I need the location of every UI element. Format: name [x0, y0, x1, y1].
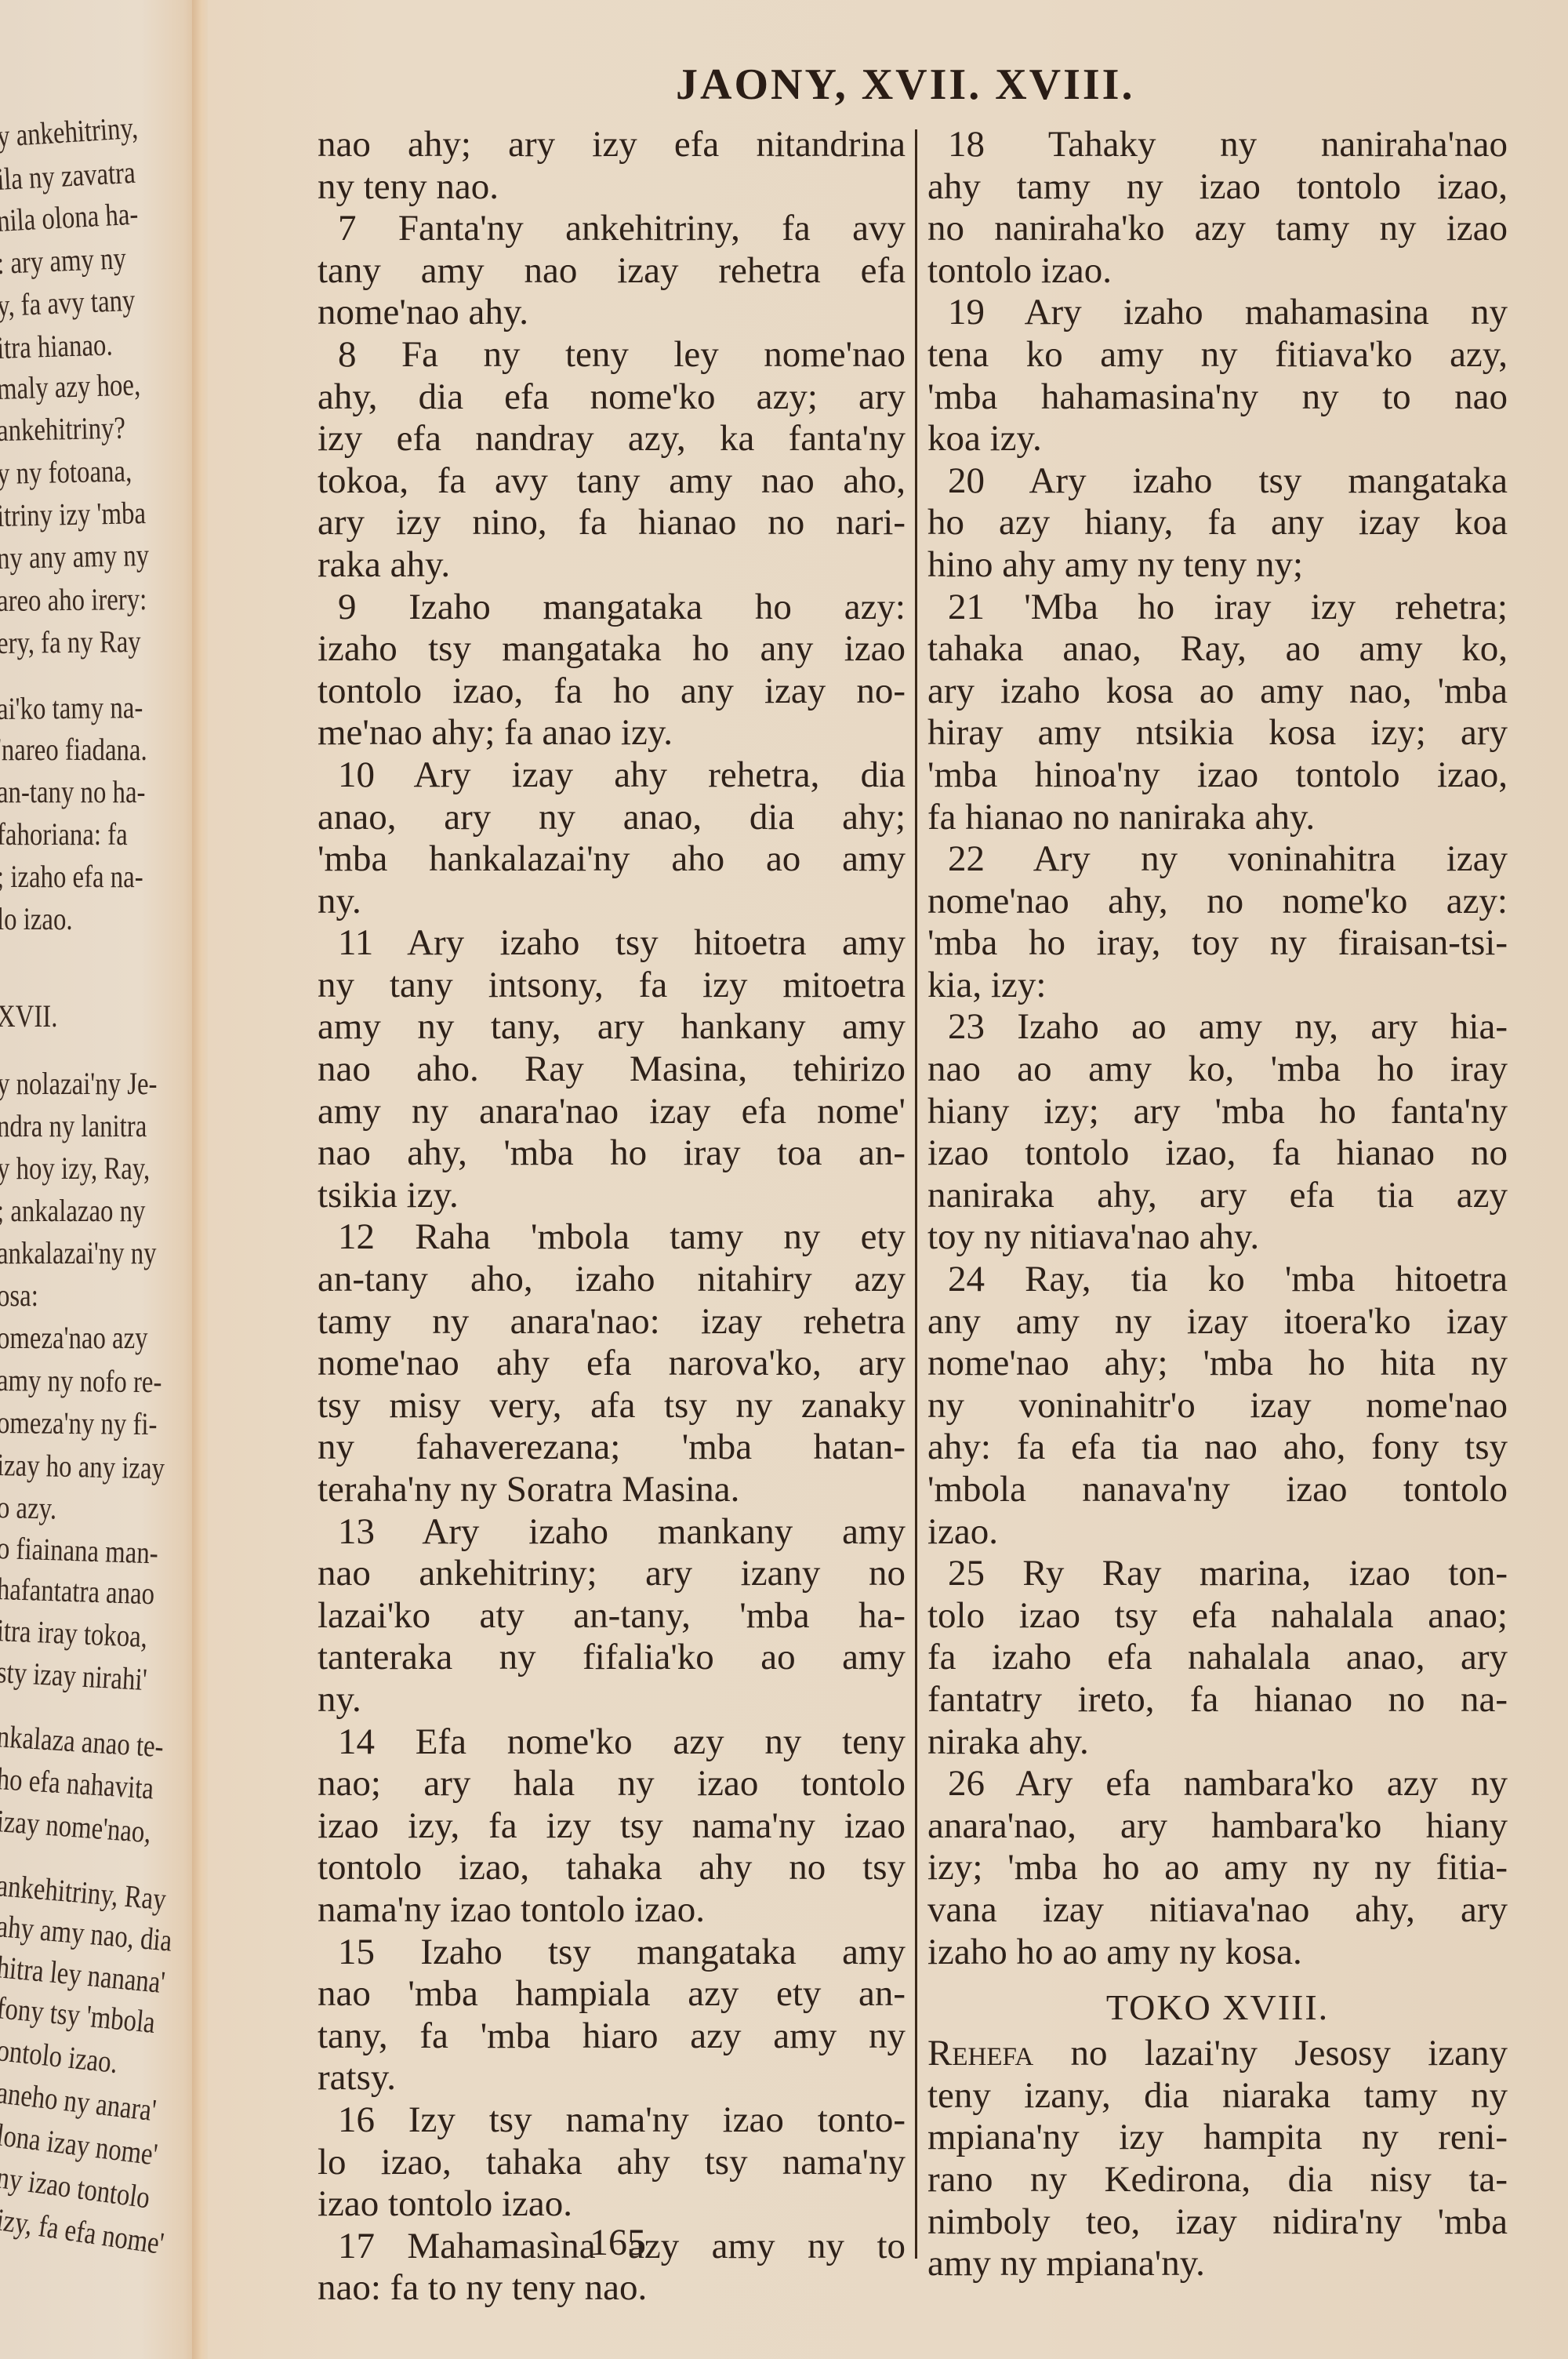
text-line: 25 Ry Ray marina, izao ton- [927, 1553, 1508, 1595]
text-line: ny tany intsony, fa izy mitoetra [318, 965, 906, 1007]
right-column: 18 Tahaky ny naniraha'naoahy tamy ny iza… [927, 124, 1508, 2285]
text-line: izao. [927, 1511, 1508, 1554]
text-line: anara'nao, ary hambara'ko hiany [927, 1805, 1508, 1848]
summary-line: teny izany, dia niaraka tamy ny [927, 2075, 1508, 2117]
text-line: 18 Tahaky ny naniraha'nao [927, 124, 1508, 166]
text-line: kia, izy: [927, 965, 1508, 1007]
text-line: 'mba ho iray, toy ny firaisan-tsi- [927, 922, 1508, 965]
column-divider [915, 129, 917, 2259]
text-line: nao aho. Ray Masina, tehirizo [318, 1049, 906, 1091]
text-line: 'mba hahamasina'ny ny to nao [927, 376, 1508, 419]
running-head: JAONY, XVII. XVIII. [676, 60, 1134, 110]
text-line: naniraka ahy, ary efa tia azy [927, 1175, 1508, 1217]
text-line: nama'ny izao tontolo izao. [318, 1889, 906, 1932]
text-line: 'mba hankalazai'ny aho ao amy [318, 838, 906, 881]
text-line: fa hianao no naniraka ahy. [927, 797, 1508, 839]
left-column: nao ahy; ary izy efa nitandrinany teny n… [318, 124, 906, 2310]
text-line: izao tontolo izao, fa hianao no [927, 1132, 1508, 1175]
text-line: 'mbola nanava'ny izao tontolo [927, 1469, 1508, 1511]
prev-page-line: amy ny nofo re- [0, 1361, 162, 1400]
prev-page-line: fahoriana: fa [0, 816, 128, 852]
prev-page-line: hafantatra anao [0, 1570, 155, 1612]
summary-line: rano ny Kedirona, dia nisy ta- [927, 2159, 1508, 2201]
text-line: tany amy nao izay rehetra efa [318, 250, 906, 293]
prev-page-line: lo izao. [0, 900, 73, 937]
text-line: tontolo izao. [927, 250, 1508, 293]
text-line: fa izaho efa nahalala anao, ary [927, 1637, 1508, 1679]
text-line: 13 Ary izaho mankany amy [318, 1511, 906, 1554]
verses-chapter-17: 18 Tahaky ny naniraha'naoahy tamy ny iza… [927, 124, 1508, 1973]
text-line: nao: fa to ny teny nao. [318, 2267, 906, 2310]
text-line: vana izay nitiava'nao ahy, ary [927, 1889, 1508, 1932]
text-line: 23 Izaho ao amy ny, ary hia- [927, 1006, 1508, 1049]
text-line: tontolo izao, tahaka ahy no tsy [318, 1847, 906, 1889]
text-line: tahaka anao, Ray, ao amy ko, [927, 628, 1508, 671]
text-line: toy ny nitiava'nao ahy. [927, 1216, 1508, 1259]
text-line: ahy, dia efa nome'ko azy; ary [318, 376, 906, 419]
text-line: 16 Izy tsy nama'ny izao tonto- [318, 2099, 906, 2142]
text-line: ratsy. [318, 2057, 906, 2099]
text-line: raka ahy. [318, 544, 906, 587]
prev-page-line: ankehitriny? [0, 409, 125, 449]
text-line: izy; 'mba ho ao amy ny ny fitia- [927, 1847, 1508, 1889]
prev-page-line: ho efa nahavita [0, 1760, 154, 1806]
text-line: nao ao amy ko, 'mba ho iray [927, 1049, 1508, 1091]
text-line: 7 Fanta'ny ankehitriny, fa avy [318, 208, 906, 250]
text-line: nao ahy, 'mba ho iray toa an- [318, 1132, 906, 1175]
summary-line: nimboly teo, izay nidira'ny 'mba [927, 2201, 1508, 2244]
text-line: ahy tamy ny izao tontolo izao, [927, 166, 1508, 209]
text-line: amy ny tany, ary hankany amy [318, 1006, 906, 1049]
text-line: izaho ho ao amy ny kosa. [927, 1932, 1508, 1974]
text-line: ny teny nao. [318, 166, 906, 209]
summary-line: mpiana'ny izy hampita ny reni- [927, 2117, 1508, 2159]
prev-page-line: ; ankalazao ny [0, 1192, 145, 1229]
book-gutter [192, 0, 209, 2359]
text-line: tolo izao tsy efa nahalala anao; [927, 1595, 1508, 1637]
prev-page-line: : ary amy ny [0, 239, 127, 282]
text-line: hiany izy; ary 'mba ho fanta'ny [927, 1091, 1508, 1133]
prev-page-line: osa: [0, 1277, 38, 1314]
text-line: amy ny anara'nao izay efa nome' [318, 1091, 906, 1133]
text-line: no naniraha'ko azy tamy ny izao [927, 208, 1508, 250]
text-line: 20 Ary izaho tsy mangataka [927, 460, 1508, 503]
prev-page-line: y ankehitriny, [0, 109, 139, 154]
prev-page-line: izay nome'nao, [0, 1802, 152, 1850]
text-line: 8 Fa ny teny ley nome'nao [318, 334, 906, 376]
text-line: nome'nao ahy; 'mba ho hita ny [927, 1343, 1508, 1385]
prev-page-line: ila ny zavatra [0, 154, 136, 198]
text-line: ny. [318, 1679, 906, 1721]
text-line: 14 Efa nome'ko azy ny teny [318, 1721, 906, 1764]
prev-page-line: itra iray tokoa, [0, 1612, 148, 1655]
text-line: hino ahy amy ny teny ny; [927, 544, 1508, 587]
prev-page-line: nkalaza anao te- [0, 1717, 165, 1765]
text-line: izao izy, fa izy tsy nama'ny izao [318, 1805, 906, 1848]
text-line: 24 Ray, tia ko 'mba hitoetra [927, 1259, 1508, 1301]
text-line: fantatry ireto, fa hianao no na- [927, 1679, 1508, 1721]
prev-page-line: maly azy hoe, [0, 365, 141, 407]
prev-page-line: ndra ny lanitra [0, 1107, 147, 1144]
text-line: lo izao, tahaka ahy tsy nama'ny [318, 2142, 906, 2184]
text-line: nao ankehitriny; ary izany no [318, 1553, 906, 1595]
text-line: 21 'Mba ho iray izy rehetra; [927, 587, 1508, 629]
prev-page-line: an-tany no ha- [0, 773, 145, 810]
text-line: nao 'mba hampiala azy ety an- [318, 1973, 906, 2016]
text-line: nao ahy; ary izy efa nitandrina [318, 124, 906, 166]
chapter-summary: Rehefa no lazai'ny Jesosy izany teny iza… [927, 2033, 1508, 2285]
text-line: 9 Izaho mangataka ho azy: [318, 587, 906, 629]
prev-page-line: izay ho any izay [0, 1446, 165, 1486]
text-line: ahy: fa efa tia nao aho, fony tsy [927, 1427, 1508, 1469]
chapter-heading: TOKO XVIII. [927, 1973, 1508, 2033]
text-line: tanteraka ny fifalia'ko ao amy [318, 1637, 906, 1679]
prev-page-line: XVII. [0, 998, 57, 1034]
prev-page-line: areo aho irery: [0, 580, 147, 619]
prev-page-line: sty izay nirahi' [0, 1653, 148, 1698]
prev-page-line: ; izaho efa na- [0, 858, 143, 895]
summary-lead-word: Rehefa [927, 2033, 1033, 2074]
text-line: tamy ny anara'nao: izay rehetra [318, 1301, 906, 1343]
prev-page-line: 'nareo fiadana. [0, 731, 147, 768]
summary-first-line: Rehefa no lazai'ny Jesosy izany [927, 2033, 1508, 2075]
prev-page-line: y, fa avy tany [0, 282, 136, 324]
text-line: 10 Ary izay ahy rehetra, dia [318, 754, 906, 797]
text-line: tsikia izy. [318, 1175, 906, 1217]
text-line: tena ko amy ny fitiava'ko azy, [927, 334, 1508, 376]
text-line: me'nao ahy; fa anao izy. [318, 712, 906, 754]
text-line: tany, fa 'mba hiaro azy amy ny [318, 2016, 906, 2058]
text-line: tontolo izao, fa ho any izay no- [318, 671, 906, 713]
text-line: 12 Raha 'mbola tamy ny ety [318, 1216, 906, 1259]
prev-page-line: ontolo izao. [0, 2031, 119, 2081]
text-line: ary izy nino, fa hianao no nari- [318, 502, 906, 544]
text-line: ary izaho kosa ao amy nao, 'mba [927, 671, 1508, 713]
prev-page-line: ny any amy ny [0, 536, 149, 576]
text-line: nao; ary hala ny izao tontolo [318, 1763, 906, 1805]
text-line: 19 Ary izaho mahamasina ny [927, 292, 1508, 334]
text-line: ny voninahitr'o izay nome'nao [927, 1385, 1508, 1427]
page-number: 165 [590, 2221, 646, 2264]
prev-page-line: y ny fotoana, [0, 452, 132, 492]
text-line: anao, ary ny anao, dia ahy; [318, 797, 906, 839]
previous-page-fragment: y ankehitriny,ila ny zavatranila olona h… [0, 0, 200, 2359]
text-line: any amy ny izay itoera'ko izay [927, 1301, 1508, 1343]
text-line: tokoa, fa avy tany amy nao aho, [318, 460, 906, 503]
prev-page-line: omeza'ny ny fi- [0, 1404, 158, 1442]
prev-page-line: itra hianao. [0, 325, 113, 366]
text-line: tsy misy very, afa tsy ny zanaky [318, 1385, 906, 1427]
text-line: an-tany aho, izaho nitahiry azy [318, 1259, 906, 1301]
text-line: nome'nao ahy, no nome'ko azy: [927, 881, 1508, 923]
text-line: 11 Ary izaho tsy hitoetra amy [318, 922, 906, 965]
prev-page-line: ai'ko tamy na- [0, 689, 143, 727]
prev-page-line: o fiainana man- [0, 1529, 158, 1571]
prev-page-line: o azy. [0, 1488, 57, 1527]
text-line: 15 Izaho tsy mangataka amy [318, 1932, 906, 1974]
summary-line-text: no lazai'ny Jesosy izany [1033, 2033, 1508, 2074]
text-line: izy efa nandray azy, ka fanta'ny [318, 418, 906, 460]
text-line: lazai'ko aty an-tany, 'mba ha- [318, 1595, 906, 1637]
text-line: hiray amy ntsikia kosa izy; ary [927, 712, 1508, 754]
prev-page-line: omeza'nao azy [0, 1319, 148, 1356]
text-line: koa izy. [927, 418, 1508, 460]
prev-page-line: ery, fa ny Ray [0, 623, 141, 661]
prev-page-line: itriny izy 'mba [0, 494, 146, 534]
summary-line: amy ny mpiana'ny. [927, 2243, 1508, 2285]
prev-page-line: y nolazai'ny Je- [0, 1065, 157, 1102]
text-line: ny. [318, 881, 906, 923]
text-line: 26 Ary efa nambara'ko azy ny [927, 1763, 1508, 1805]
text-line: izao tontolo izao. [318, 2183, 906, 2226]
text-line: nome'nao ahy. [318, 292, 906, 334]
prev-page-line: ankalazai'ny ny [0, 1234, 157, 1271]
prev-page-line: y hoy izy, Ray, [0, 1150, 150, 1187]
text-line: ho azy hiany, fa any izay koa [927, 502, 1508, 544]
text-line: izaho tsy mangataka ho any izao [318, 628, 906, 671]
text-line: 22 Ary ny voninahitra izay [927, 838, 1508, 881]
text-line: niraka ahy. [927, 1721, 1508, 1764]
text-line: ny fahaverezana; 'mba hatan- [318, 1427, 906, 1469]
text-line: 'mba hinoa'ny izao tontolo izao, [927, 754, 1508, 797]
prev-page-line: nila olona ha- [0, 195, 139, 239]
text-line: teraha'ny ny Soratra Masina. [318, 1469, 906, 1511]
text-line: nome'nao ahy efa narova'ko, ary [318, 1343, 906, 1385]
